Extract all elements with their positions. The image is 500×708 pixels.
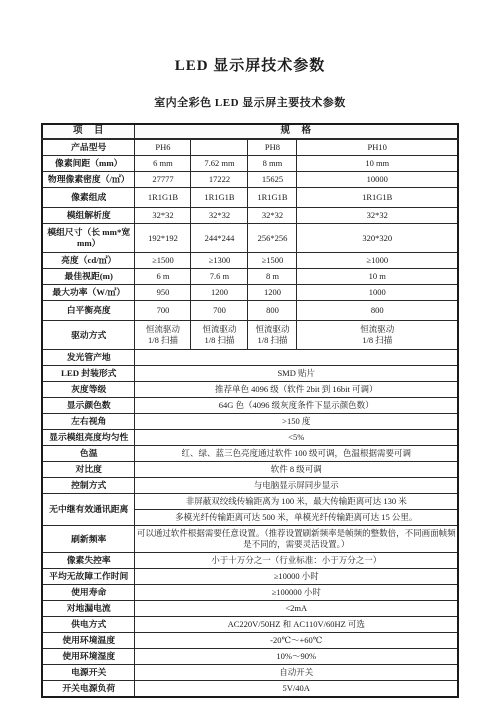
table-row: 色温 红、绿、蓝三色亮度通过软件 100 级可调，色温根据需要可调 bbox=[42, 446, 458, 462]
table-row: 白平衡亮度 700 700 800 800 bbox=[42, 301, 458, 321]
spec-cell: 7.6 m bbox=[191, 269, 248, 285]
spec-cell: 恒流驱动 1/8 扫描 bbox=[297, 321, 458, 350]
row-label: 对地漏电流 bbox=[42, 601, 135, 617]
spec-cell: 恒流驱动 1/8 扫描 bbox=[248, 321, 297, 350]
spec-cell: AC220V/50HZ 和 AC110V/60HZ 可选 bbox=[135, 617, 458, 633]
spec-cell: -20℃～+60℃ bbox=[135, 633, 458, 649]
table-row: 显示模组亮度均匀性 <5% bbox=[42, 430, 458, 446]
spec-cell: 700 bbox=[191, 301, 248, 321]
spec-cell: 6 m bbox=[135, 269, 191, 285]
spec-cell: 15625 bbox=[248, 172, 297, 188]
spec-cell: 6 mm bbox=[135, 156, 191, 172]
row-label: 使用环境湿度 bbox=[42, 649, 135, 665]
row-label: 开关电源负荷 bbox=[42, 681, 135, 698]
spec-cell: 非屏蔽双绞线传输距离为 100 米，最大传输距离可达 130 米 bbox=[135, 494, 458, 510]
spec-cell: 800 bbox=[297, 301, 458, 321]
table-row: 使用环境湿度 10%～90% bbox=[42, 649, 458, 665]
page-title: LED 显示屏技术参数 bbox=[0, 0, 500, 75]
row-label: 模组解析度 bbox=[42, 208, 135, 224]
row-label: 物理像素密度（/㎡） bbox=[42, 172, 135, 188]
row-label: 控制方式 bbox=[42, 478, 135, 494]
spec-cell: 700 bbox=[135, 301, 191, 321]
spec-cell: 1200 bbox=[248, 285, 297, 301]
drive-line-2: 1/8 扫描 bbox=[249, 335, 295, 346]
spec-cell: 1R1G1B bbox=[135, 188, 191, 208]
table-header-row: 项 目 规 格 bbox=[42, 124, 458, 139]
spec-cell: 多模光纤传输距离可达 500 米，单模光纤传输距离可达 15 公里。 bbox=[135, 510, 458, 526]
spec-cell: ≥1000 bbox=[297, 253, 458, 269]
spec-cell: SMD 贴片 bbox=[135, 366, 458, 382]
drive-line-1: 恒流驱动 bbox=[249, 324, 295, 335]
spec-cell: 32*32 bbox=[248, 208, 297, 224]
drive-line-1: 恒流驱动 bbox=[298, 324, 456, 335]
row-label: 对比度 bbox=[42, 462, 135, 478]
spec-cell: 1R1G1B bbox=[297, 188, 458, 208]
row-label: 使用环境温度 bbox=[42, 633, 135, 649]
table-row: 平均无故障工作时间 ≥10000 小时 bbox=[42, 569, 458, 585]
drive-line-1: 恒流驱动 bbox=[192, 324, 246, 335]
spec-cell: 与电脑显示屏同步显示 bbox=[135, 478, 458, 494]
table-row: 无中继有效通讯距离 非屏蔽双绞线传输距离为 100 米，最大传输距离可达 130… bbox=[42, 494, 458, 510]
row-label: 平均无故障工作时间 bbox=[42, 569, 135, 585]
spec-cell: 10000 bbox=[297, 172, 458, 188]
table-row: 最佳视距(m) 6 m 7.6 m 8 m 10 m bbox=[42, 269, 458, 285]
row-label: LED 封装形式 bbox=[42, 366, 135, 382]
row-label: 像素间距（mm） bbox=[42, 156, 135, 172]
row-label: 显示颜色数 bbox=[42, 398, 135, 414]
table-row: 模组尺寸（长 mm*宽 mm） 192*192 244*244 256*256 … bbox=[42, 224, 458, 253]
table-row: 刷新频率 可以通过软件根据需要任意设置。（推荐设置刷新频率是帧频的整数倍，不同画… bbox=[42, 526, 458, 553]
spec-cell: 950 bbox=[135, 285, 191, 301]
table-row: 供电方式 AC220V/50HZ 和 AC110V/60HZ 可选 bbox=[42, 617, 458, 633]
spec-cell: ≥1500 bbox=[135, 253, 191, 269]
document-page: { "page": { "title": "LED 显示屏技术参数", "sub… bbox=[0, 0, 500, 708]
row-label: 刷新频率 bbox=[42, 526, 135, 553]
row-label: 像素组成 bbox=[42, 188, 135, 208]
row-label: 供电方式 bbox=[42, 617, 135, 633]
drive-line-1: 恒流驱动 bbox=[136, 324, 189, 335]
spec-cell: 32*32 bbox=[135, 208, 191, 224]
spec-cell: 7.62 mm bbox=[191, 156, 248, 172]
spec-cell: 192*192 bbox=[135, 224, 191, 253]
spec-cell: PH8 bbox=[248, 139, 297, 156]
spec-cell: 8 mm bbox=[248, 156, 297, 172]
spec-cell: 红、绿、蓝三色亮度通过软件 100 级可调，色温根据需要可调 bbox=[135, 446, 458, 462]
spec-cell: ≥100000 小时 bbox=[135, 585, 458, 601]
spec-cell: ≥1300 bbox=[191, 253, 248, 269]
spec-cell: 5V/40A bbox=[135, 681, 458, 698]
row-label: 驱动方式 bbox=[42, 321, 135, 350]
spec-cell: 1000 bbox=[297, 285, 458, 301]
drive-line-2: 1/8 扫描 bbox=[298, 335, 456, 346]
table-row: 像素失控率 小于十万分之一（行业标准：小于万分之一） bbox=[42, 553, 458, 569]
spec-cell: 32*32 bbox=[297, 208, 458, 224]
spec-cell: 10 m bbox=[297, 269, 458, 285]
spec-cell: 32*32 bbox=[191, 208, 248, 224]
row-label: 色温 bbox=[42, 446, 135, 462]
header-spec: 规 格 bbox=[135, 124, 458, 139]
spec-cell: 8 m bbox=[248, 269, 297, 285]
spec-cell: 320*320 bbox=[297, 224, 458, 253]
row-label: 显示模组亮度均匀性 bbox=[42, 430, 135, 446]
table-row: 物理像素密度（/㎡） 27777 17222 15625 10000 bbox=[42, 172, 458, 188]
spec-cell: 10%～90% bbox=[135, 649, 458, 665]
spec-cell: 800 bbox=[248, 301, 297, 321]
table-row: 使用寿命 ≥100000 小时 bbox=[42, 585, 458, 601]
row-label: 电源开关 bbox=[42, 665, 135, 681]
row-label: 灰度等级 bbox=[42, 382, 135, 398]
table-row: 发光管产地 bbox=[42, 350, 458, 366]
spec-cell: 推荐单色 4096 级（软件 2bit 到 16bit 可调） bbox=[135, 382, 458, 398]
table-row: 最大功率（W/㎡） 950 1200 1200 1000 bbox=[42, 285, 458, 301]
spec-cell: 64G 色（4096 级灰度条件下显示颜色数） bbox=[135, 398, 458, 414]
spec-cell: <2mA bbox=[135, 601, 458, 617]
table-row: 模组解析度 32*32 32*32 32*32 32*32 bbox=[42, 208, 458, 224]
spec-cell: >150 度 bbox=[135, 414, 458, 430]
table-row: 像素间距（mm） 6 mm 7.62 mm 8 mm 10 mm bbox=[42, 156, 458, 172]
spec-cell: 软件 8 级可调 bbox=[135, 462, 458, 478]
row-label: 使用寿命 bbox=[42, 585, 135, 601]
spec-cell: 1R1G1B bbox=[191, 188, 248, 208]
spec-cell: 恒流驱动 1/8 扫描 bbox=[135, 321, 191, 350]
spec-cell: PH10 bbox=[297, 139, 458, 156]
spec-cell bbox=[191, 139, 248, 156]
table-row: 使用环境温度 -20℃～+60℃ bbox=[42, 633, 458, 649]
spec-cell: 自动开关 bbox=[135, 665, 458, 681]
spec-cell: ≥10000 小时 bbox=[135, 569, 458, 585]
row-label: 像素失控率 bbox=[42, 553, 135, 569]
spec-cell: 10 mm bbox=[297, 156, 458, 172]
spec-cell: ≥1500 bbox=[248, 253, 297, 269]
spec-table: 项 目 规 格 产品型号 PH6 PH8 PH10 像素间距（mm） 6 mm … bbox=[41, 123, 459, 698]
header-item: 项 目 bbox=[42, 124, 135, 139]
table-row: 对比度 软件 8 级可调 bbox=[42, 462, 458, 478]
row-label: 最佳视距(m) bbox=[42, 269, 135, 285]
table-row: 对地漏电流 <2mA bbox=[42, 601, 458, 617]
table-row: 左右视角 >150 度 bbox=[42, 414, 458, 430]
row-label: 亮度（cd/㎡） bbox=[42, 253, 135, 269]
row-label: 无中继有效通讯距离 bbox=[42, 494, 135, 526]
spec-cell: 244*244 bbox=[191, 224, 248, 253]
spec-cell: 1200 bbox=[191, 285, 248, 301]
spec-cell: PH6 bbox=[135, 139, 191, 156]
table-row: 像素组成 1R1G1B 1R1G1B 1R1G1B 1R1G1B bbox=[42, 188, 458, 208]
spec-cell: 恒流驱动 1/8 扫描 bbox=[191, 321, 248, 350]
spec-cell: 小于十万分之一（行业标准：小于万分之一） bbox=[135, 553, 458, 569]
table-row: 开关电源负荷 5V/40A bbox=[42, 681, 458, 698]
row-label: 产品型号 bbox=[42, 139, 135, 156]
row-label: 左右视角 bbox=[42, 414, 135, 430]
spec-cell: 17222 bbox=[191, 172, 248, 188]
table-row: 亮度（cd/㎡） ≥1500 ≥1300 ≥1500 ≥1000 bbox=[42, 253, 458, 269]
table-row: LED 封装形式 SMD 贴片 bbox=[42, 366, 458, 382]
table-row: 驱动方式 恒流驱动 1/8 扫描 恒流驱动 1/8 扫描 恒流驱动 1/8 扫描… bbox=[42, 321, 458, 350]
table-row: 电源开关 自动开关 bbox=[42, 665, 458, 681]
row-label: 发光管产地 bbox=[42, 350, 135, 366]
table-row: 显示颜色数 64G 色（4096 级灰度条件下显示颜色数） bbox=[42, 398, 458, 414]
table-row: 灰度等级 推荐单色 4096 级（软件 2bit 到 16bit 可调） bbox=[42, 382, 458, 398]
drive-line-2: 1/8 扫描 bbox=[136, 335, 189, 346]
drive-line-2: 1/8 扫描 bbox=[192, 335, 246, 346]
spec-cell: 27777 bbox=[135, 172, 191, 188]
row-label: 模组尺寸（长 mm*宽 mm） bbox=[42, 224, 135, 253]
table-row: 产品型号 PH6 PH8 PH10 bbox=[42, 139, 458, 156]
page-subtitle: 室内全彩色 LED 显示屏主要技术参数 bbox=[0, 94, 500, 110]
row-label: 白平衡亮度 bbox=[42, 301, 135, 321]
spec-cell: 可以通过软件根据需要任意设置。（推荐设置刷新频率是帧频的整数倍，不同画面帧频是不… bbox=[135, 526, 458, 553]
spec-cell: <5% bbox=[135, 430, 458, 446]
spec-cell bbox=[135, 350, 458, 366]
table-row: 控制方式 与电脑显示屏同步显示 bbox=[42, 478, 458, 494]
spec-cell: 1R1G1B bbox=[248, 188, 297, 208]
row-label: 最大功率（W/㎡） bbox=[42, 285, 135, 301]
spec-cell: 256*256 bbox=[248, 224, 297, 253]
